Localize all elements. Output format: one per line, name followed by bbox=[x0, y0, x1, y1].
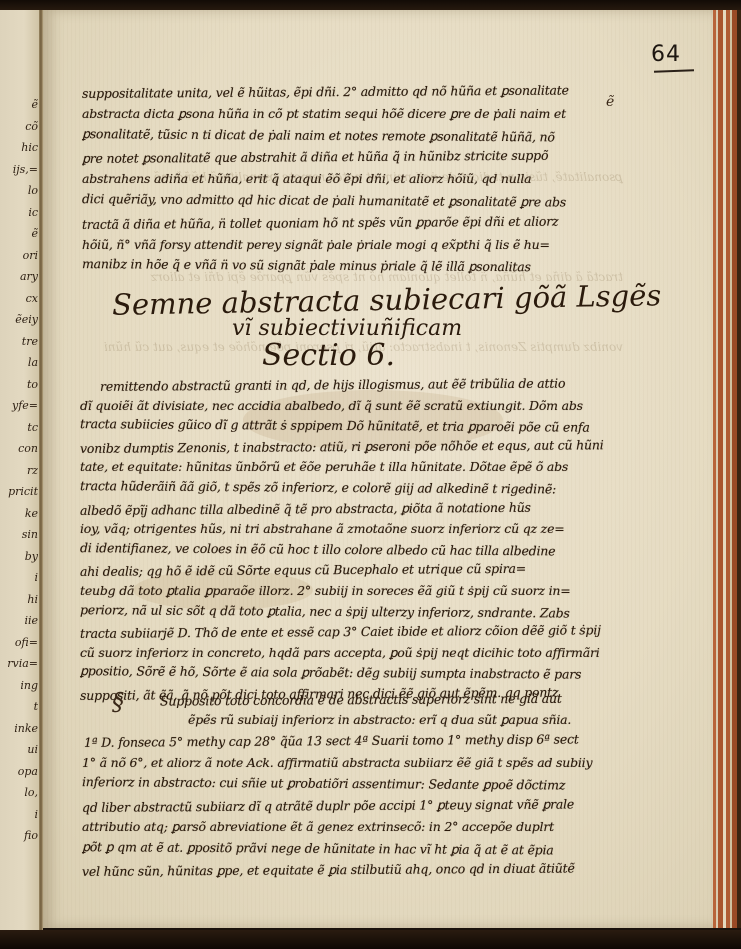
manuscript-line: ꝑõt ꝑ qm at ẽ at. ꝑpositõ prãvi nege de … bbox=[82, 839, 627, 858]
left-page-line-fragment: ẽeiy bbox=[0, 313, 38, 326]
left-page-line-fragment: rvia= bbox=[0, 657, 38, 670]
left-page-line-fragment: sin bbox=[0, 528, 38, 541]
manuscript-line: cũ suorz inferiorz in concreto, hqdã par… bbox=[80, 645, 625, 660]
left-page-line-fragment: tre bbox=[0, 335, 38, 348]
left-page-line-fragment: fio bbox=[0, 829, 38, 842]
section-heading-line-3: Sectio 6. bbox=[262, 338, 395, 373]
left-page-line-fragment: i bbox=[0, 571, 38, 584]
left-page-line-fragment: inke bbox=[0, 722, 38, 735]
left-page-line-fragment: i bbox=[0, 808, 38, 821]
manuscript-line: dĩ quoiẽi ãt divisiate, nec accidia abal… bbox=[80, 398, 625, 413]
left-page-line-fragment: by bbox=[0, 550, 38, 563]
manuscript-line: abstracta dicta ꝑsona hũña in cõ pt stat… bbox=[82, 106, 627, 121]
manuscript-line: periorz, nã ul sic sõt q dã toto ꝑtalia,… bbox=[80, 602, 625, 621]
manuscript-line: qd liber abstractũ subiiarz dĩ q atrãtẽ … bbox=[82, 796, 627, 815]
manuscript-line: Supposito toto concordia ẽ de abstractis… bbox=[160, 690, 600, 708]
left-page-line-fragment: pricit bbox=[0, 485, 38, 498]
manuscript-line: ẽpẽs rũ subiaij inferiorz in abstracto: … bbox=[188, 712, 598, 727]
left-page-line-fragment: ẽ bbox=[0, 98, 38, 111]
left-page: ẽcõhicijs,=loicẽoriarycxẽeiytrelatoyfe=t… bbox=[0, 10, 40, 935]
left-page-line-fragment: cõ bbox=[0, 120, 38, 133]
left-page-line-fragment: ary bbox=[0, 270, 38, 283]
left-page-line-fragment: ic bbox=[0, 206, 38, 219]
left-page-line-fragment: rz bbox=[0, 464, 38, 477]
left-page-line-fragment: yfe= bbox=[0, 399, 38, 412]
manuscript-line: ioy, vãq; otrigentes hũs, ni tri abstrah… bbox=[80, 521, 625, 536]
folio-number: 64 bbox=[651, 42, 681, 67]
left-page-line-fragment: con bbox=[0, 442, 38, 455]
left-page-line-fragment: ijs,= bbox=[0, 163, 38, 176]
left-page-line-fragment: ofi= bbox=[0, 636, 38, 649]
left-page-line-fragment: hi bbox=[0, 593, 38, 606]
left-page-line-fragment: ori bbox=[0, 249, 38, 262]
left-page-line-fragment: ing bbox=[0, 679, 38, 692]
fore-edge-page-stack bbox=[713, 10, 741, 928]
left-page-line-fragment: hic bbox=[0, 141, 38, 154]
left-page-line-fragment: ẽ bbox=[0, 227, 38, 240]
left-page-line-fragment: opa bbox=[0, 765, 38, 778]
manuscript-line: 1° ã nõ 6°, et aliorz ã note Ack. affirm… bbox=[82, 755, 627, 770]
left-page-line-fragment: cx bbox=[0, 292, 38, 305]
left-page-line-fragment: lo bbox=[0, 184, 38, 197]
manuscript-line: hõiũ, ñ° vñã forsy attendit perey signãt… bbox=[82, 237, 627, 252]
left-page-line-fragment: t bbox=[0, 700, 38, 713]
left-page-line-fragment: to bbox=[0, 378, 38, 391]
manuscript-spread: ẽcõhicijs,=loicẽoriarycxẽeiytrelatoyfe=t… bbox=[0, 0, 741, 949]
section-mark: § bbox=[112, 688, 124, 716]
left-page-line-fragment: la bbox=[0, 356, 38, 369]
manuscript-line: abstrahens adiña et hũña, erit q̃ ataqui… bbox=[82, 171, 627, 186]
manuscript-line: attributio atq; ꝑarsõ abreviatione ẽt ã … bbox=[82, 819, 627, 834]
left-page-line-fragment: tc bbox=[0, 421, 38, 434]
left-page-line-fragment: lo, bbox=[0, 786, 38, 799]
manuscript-line: teubg dã toto ꝑtalia ꝑparaõe illorz. 2° … bbox=[80, 583, 625, 598]
manuscript-line: tate, et equitate: hũnitas ũnbõrũ et ẽõe… bbox=[80, 459, 625, 474]
left-page-line-fragment: iie bbox=[0, 614, 38, 627]
left-page-line-fragment: ui bbox=[0, 743, 38, 756]
binding-bottom-edge bbox=[0, 930, 741, 949]
manuscript-line: ꝑsonalitatẽ, tũsic n ti dicat de ṗali na… bbox=[82, 126, 627, 145]
left-page-line-fragment: ke bbox=[0, 507, 38, 520]
